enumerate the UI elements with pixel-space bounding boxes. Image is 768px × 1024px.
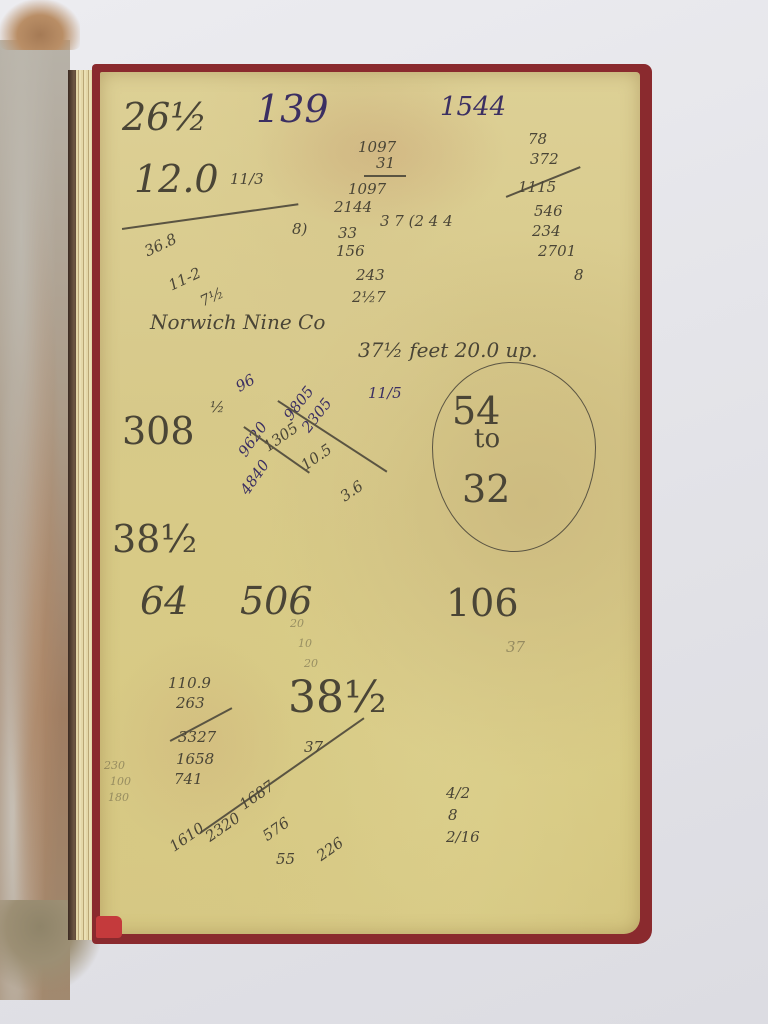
norwich-inscription: Norwich Nine Co (150, 312, 325, 332)
feet-note: 37½ feet 20.0 up. (358, 340, 538, 360)
calc-243: 243 (356, 268, 385, 283)
calc-546: 546 (534, 204, 563, 219)
note-half: ½ (210, 400, 225, 415)
frayed-fibers-top (0, 0, 80, 50)
torn-spine-board (0, 40, 70, 1000)
faint-100: 100 (110, 776, 131, 787)
ink-11-5: 11/5 (368, 386, 402, 401)
calc-3327: 3327 (178, 730, 216, 745)
calc-1097b: 1097 (348, 182, 386, 197)
note-506: 506 (240, 582, 313, 620)
note-12-0: 12.0 (134, 160, 219, 198)
note-11-3: 11/3 (230, 172, 264, 187)
calc-8: 8 (574, 268, 584, 283)
note-1544: 1544 (440, 94, 506, 120)
note-38-half: 38½ (112, 520, 197, 558)
calc-55: 55 (276, 852, 295, 867)
faint-under-506: 20 (290, 618, 304, 629)
calc-division: 3 7 (2 4 4 (380, 214, 453, 229)
faint-under-506: 20 (304, 658, 318, 669)
calc-1115: 1115 (518, 180, 556, 195)
calc-1097: 1097 (358, 140, 396, 155)
calc-156: 156 (336, 244, 365, 259)
note-64: 64 (140, 582, 188, 620)
calc-33: 33 (338, 226, 357, 241)
calc-rule (364, 175, 406, 177)
calc-110-9: 110.9 (168, 676, 211, 691)
calc-1658: 1658 (176, 752, 214, 767)
note-26-half: 26½ (122, 98, 207, 136)
calc-741: 741 (174, 772, 203, 787)
note-139: 139 (256, 90, 329, 128)
fraction-2-16: 2/16 (446, 830, 480, 845)
calc-234: 234 (532, 224, 561, 239)
calc-31: 31 (376, 156, 395, 171)
calc-2-half-7: 2½7 (352, 290, 386, 305)
fraction-4-2: 4/2 (446, 786, 470, 801)
note-big-38-half: 38½ (288, 676, 387, 720)
note-308: 308 (122, 412, 195, 450)
calc-37: 37 (304, 740, 323, 755)
calc-263: 263 (176, 696, 205, 711)
calc-78: 78 (528, 132, 547, 147)
calc-bracket: 8) (292, 222, 307, 237)
circled-to: to (474, 426, 500, 452)
calc-2701: 2701 (538, 244, 576, 259)
circled-32: 32 (462, 470, 510, 508)
note-37: 37 (506, 640, 525, 655)
faint-under-506: 10 (298, 638, 312, 649)
faint-180: 180 (108, 792, 129, 803)
calc-372: 372 (530, 152, 559, 167)
red-corner-tab (96, 916, 122, 938)
note-106: 106 (446, 584, 519, 622)
fraction-8: 8 (448, 808, 458, 823)
faint-230: 230 (104, 760, 125, 771)
calc-2144: 2144 (334, 200, 372, 215)
